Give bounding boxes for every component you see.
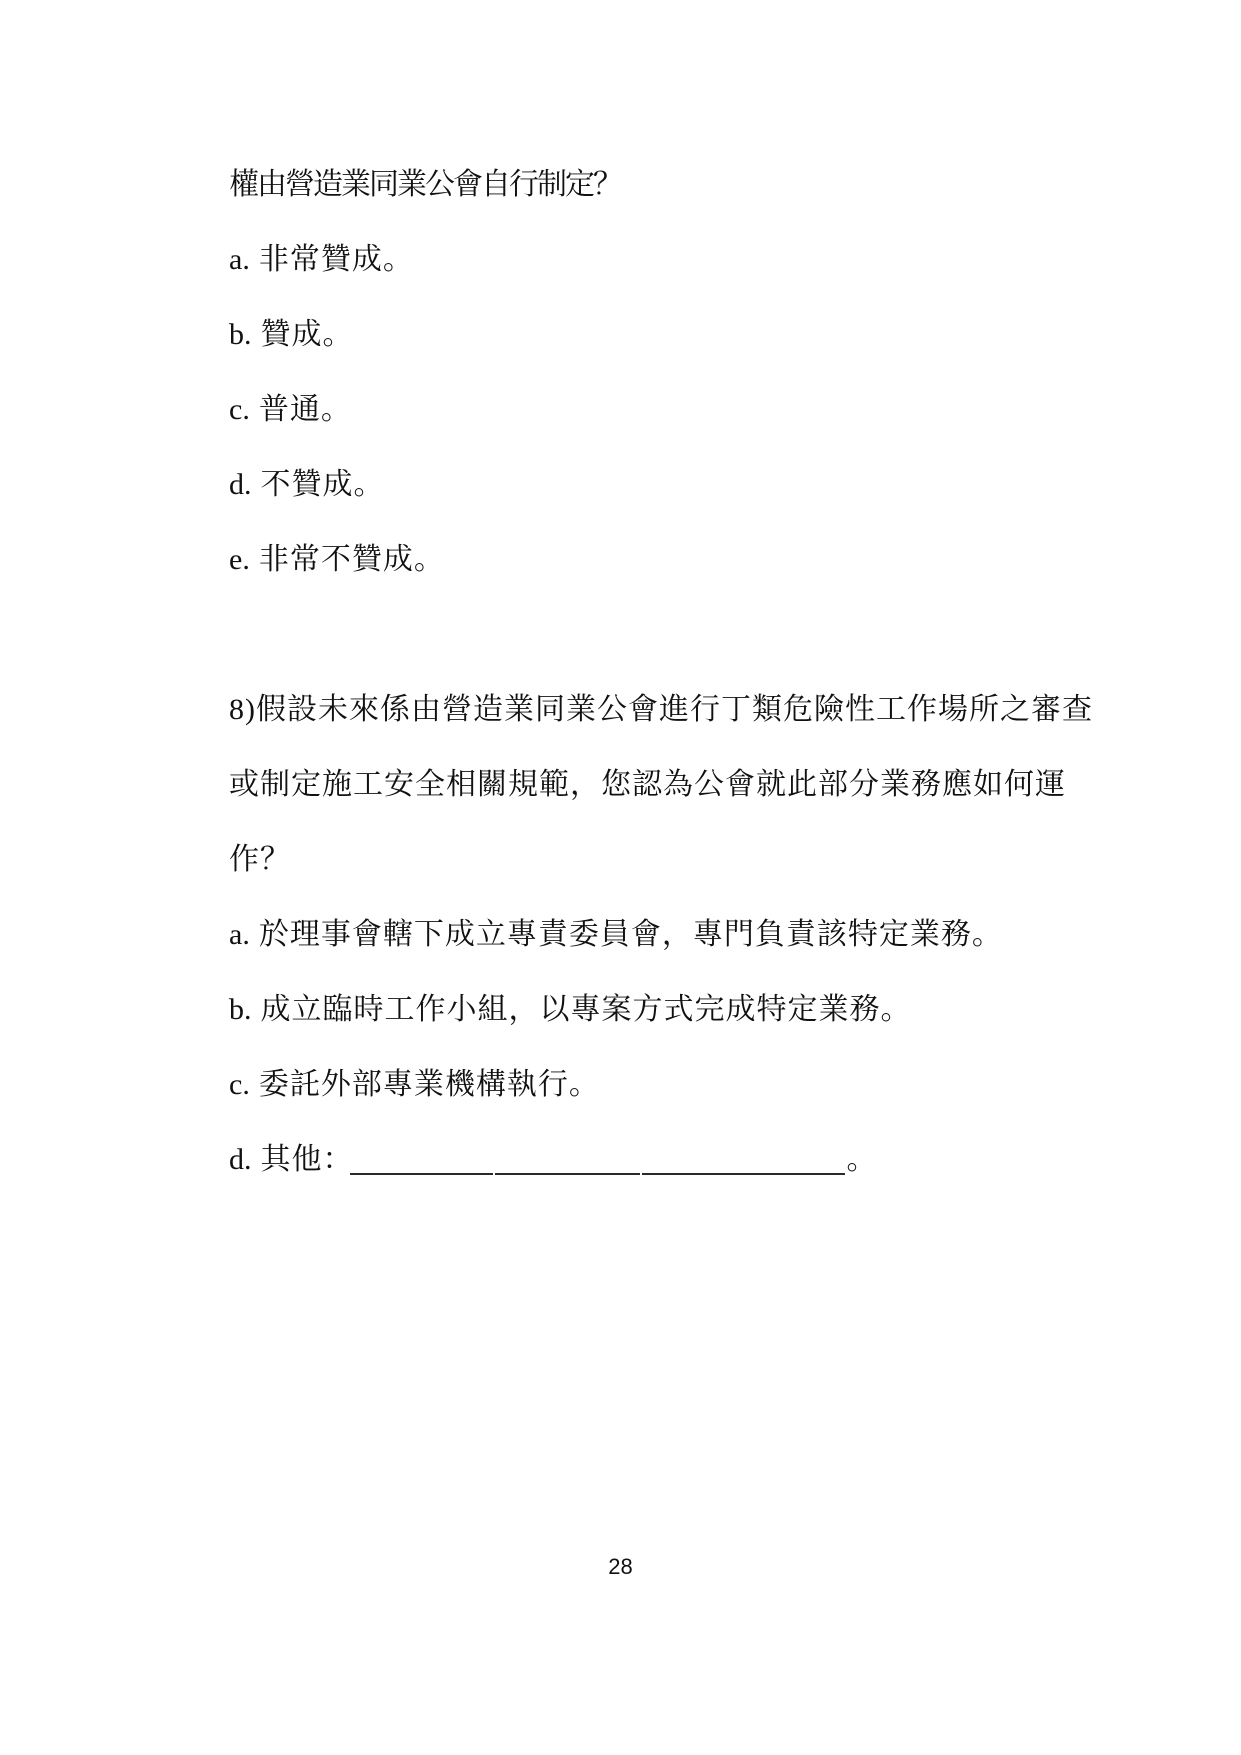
option-label: b. bbox=[229, 297, 252, 372]
option-row-d: d.不贊成。 bbox=[229, 447, 1109, 522]
answer-blank-segment bbox=[642, 1173, 845, 1175]
question8-line-1: 8)假設未來係由營造業同業公會進行丁類危險性工作場所之審查 bbox=[229, 672, 1109, 747]
option-label: d. bbox=[229, 1122, 252, 1197]
question-tail-line: 權由營造業同業公會自行制定？ bbox=[229, 147, 1109, 222]
option-text: 不贊成。 bbox=[261, 468, 385, 501]
answer-blank-segment bbox=[350, 1173, 493, 1175]
option-suffix: 。 bbox=[847, 1143, 878, 1176]
q8-option-row-a: a.於理事會轄下成立專責委員會，專門負責該特定業務。 bbox=[229, 897, 1109, 972]
option-label: a. bbox=[229, 222, 250, 297]
q8-option-row-c: c.委託外部專業機構執行。 bbox=[229, 1047, 1109, 1122]
option-text: 非常贊成。 bbox=[259, 243, 414, 276]
option-text: 非常不贊成。 bbox=[259, 543, 445, 576]
option-row-c: c.普通。 bbox=[229, 372, 1109, 447]
option-label: d. bbox=[229, 447, 252, 522]
answer-blank-segment bbox=[495, 1173, 640, 1175]
q8-option-row-d: d.其他：。 bbox=[229, 1122, 1109, 1197]
option-label: c. bbox=[229, 372, 250, 447]
option-text: 普通。 bbox=[259, 393, 352, 426]
option-text: 贊成。 bbox=[261, 318, 354, 351]
option-row-a: a.非常贊成。 bbox=[229, 222, 1109, 297]
page-number: 28 bbox=[0, 1552, 1241, 1582]
q8-option-row-b: b.成立臨時工作小組，以專案方式完成特定業務。 bbox=[229, 972, 1109, 1047]
option-label: e. bbox=[229, 522, 250, 597]
option-text: 於理事會轄下成立專責委員會，專門負責該特定業務。 bbox=[259, 918, 1003, 951]
option-row-e: e.非常不贊成。 bbox=[229, 522, 1109, 597]
option-text: 成立臨時工作小組，以專案方式完成特定業務。 bbox=[261, 993, 912, 1026]
option-label: b. bbox=[229, 972, 252, 1047]
option-text: 其他： bbox=[261, 1143, 354, 1176]
option-label: a. bbox=[229, 897, 250, 972]
option-label: c. bbox=[229, 1047, 250, 1122]
option-text: 委託外部專業機構執行。 bbox=[259, 1068, 600, 1101]
question8-line-2: 或制定施工安全相關規範，您認為公會就此部分業務應如何運 bbox=[229, 747, 1109, 822]
question8-line-3: 作？ bbox=[229, 822, 1109, 897]
option-row-b: b.贊成。 bbox=[229, 297, 1109, 372]
blank-line bbox=[229, 597, 1109, 672]
page-content: 權由營造業同業公會自行制定？ a.非常贊成。 b.贊成。 c.普通。 d.不贊成… bbox=[229, 147, 1109, 1197]
document-page: 權由營造業同業公會自行制定？ a.非常贊成。 b.贊成。 c.普通。 d.不贊成… bbox=[0, 0, 1241, 1755]
